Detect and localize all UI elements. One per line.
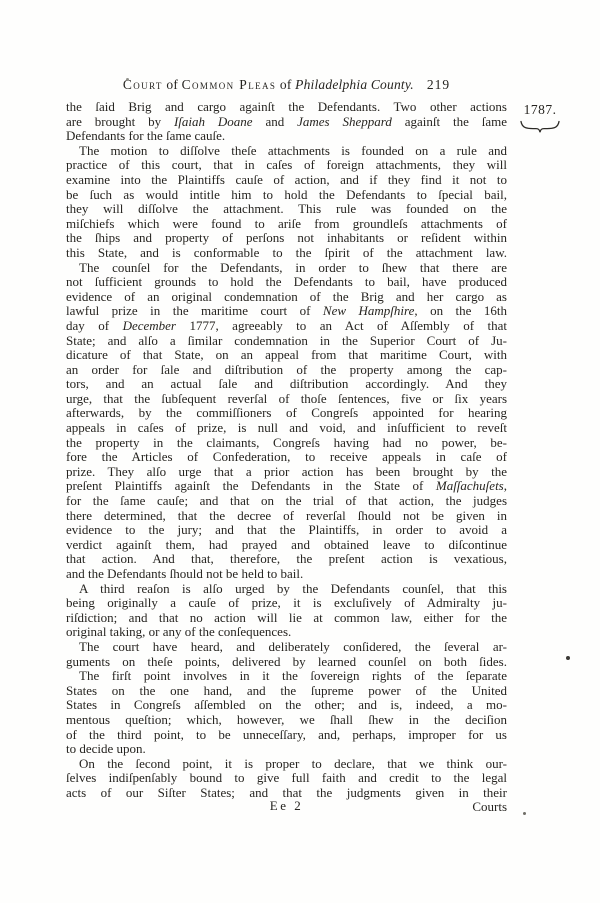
- paragraph: A third reaſon is alſo urged by the Defe…: [66, 582, 507, 640]
- text-line: The counſel for the Defendants, in order…: [66, 261, 507, 276]
- running-head-segment: of: [276, 77, 295, 92]
- text-line: verdict againſt them, had prayed and obt…: [66, 538, 507, 553]
- text-line: there determined, that the decree of rev…: [66, 509, 507, 524]
- text-line: that action. And that, therefore, the pr…: [66, 552, 507, 567]
- text-line: The court have heard, and deliberately c…: [66, 640, 507, 655]
- text-line: The firſt point involves in it the ſover…: [66, 669, 507, 684]
- text-line: the property in the claimants, Congreſs …: [66, 436, 507, 451]
- ink-speck: [523, 812, 526, 815]
- paragraph: The counſel for the Defendants, in order…: [66, 261, 507, 582]
- book-page: Court of Common Pleas of Philadelphia Co…: [0, 0, 600, 903]
- text-line: guments on theſe points, delivered by le…: [66, 655, 507, 670]
- italic-text: New Hampſhire: [323, 303, 414, 318]
- text-line: dicature of that State, on an appeal fro…: [66, 348, 507, 363]
- text-line: mentous queſtion; which, however, we ſha…: [66, 713, 507, 728]
- running-head: Court of Common Pleas of Philadelphia Co…: [66, 77, 507, 93]
- running-head-segment: Common Pleas: [182, 77, 277, 92]
- text-line: to decide upon.: [66, 742, 507, 757]
- text-line: A third reaſon is alſo urged by the Defe…: [66, 582, 507, 597]
- paragraph: The court have heard, and deliberately c…: [66, 640, 507, 669]
- text-line: this State, and is conformable to the ſp…: [66, 246, 507, 261]
- margin-brace-icon: [520, 120, 560, 134]
- paragraph: On the ſecond point, it is proper to dec…: [66, 757, 507, 801]
- body-text: the ſaid Brig and cargo againſt the Defe…: [66, 100, 507, 801]
- text-line: the ſaid Brig and cargo againſt the Defe…: [66, 100, 507, 115]
- text-line: riſdiction; and that no action will lie …: [66, 611, 507, 626]
- paragraph: the ſaid Brig and cargo againſt the Defe…: [66, 100, 507, 144]
- text-line: prize. They alſo urge that a prior actio…: [66, 465, 507, 480]
- running-head-segment: Philadelphia County.: [295, 77, 414, 92]
- italic-text: Iſaiah Doane: [174, 114, 253, 129]
- text-line: preſent Plaintiffs againſt the Defendant…: [66, 479, 507, 494]
- paragraph: The firſt point involves in it the ſover…: [66, 669, 507, 757]
- text-line: original taking, or any of the conſequen…: [66, 625, 507, 640]
- text-line: evidence of an original condemnation of …: [66, 290, 507, 305]
- italic-text: December: [123, 318, 176, 333]
- text-line: Defendants for the ſame cauſe.: [66, 129, 507, 144]
- text-line: an order for ſale and diſtribution of th…: [66, 363, 507, 378]
- text-line: not ſufficient grounds to hold the Defen…: [66, 275, 507, 290]
- text-line: day of December 1777, agreeably to an Ac…: [66, 319, 507, 334]
- text-line: practice of this court, that in caſes of…: [66, 158, 507, 173]
- running-head-segment: 219: [427, 77, 450, 92]
- text-line: of the third point, to be unneceſſary, a…: [66, 728, 507, 743]
- text-line: States in Congreſs aſſembled on the othe…: [66, 698, 507, 713]
- page-footer: Ee 2 Courts: [66, 798, 507, 814]
- text-line: tors, and an actual ſale and diſtributio…: [66, 377, 507, 392]
- text-line: being originally a cauſe of prize, it is…: [66, 596, 507, 611]
- catchword: Courts: [472, 799, 507, 815]
- text-line: evidence to the jury; and that the Plain…: [66, 523, 507, 538]
- text-line: ſelves indiſpenſably bound to give full …: [66, 771, 507, 786]
- text-line: States on the one hand, and the ſupreme …: [66, 684, 507, 699]
- text-line: miſchiefs which were found to ariſe from…: [66, 217, 507, 232]
- text-line: are brought by Iſaiah Doane and James Sh…: [66, 115, 507, 130]
- text-line: On the ſecond point, it is proper to dec…: [66, 757, 507, 772]
- text-line: appeals in caſes of prize, is null and v…: [66, 421, 507, 436]
- ink-speck: [126, 78, 129, 81]
- text-line: the ſhips and property of perſons not in…: [66, 231, 507, 246]
- margin-year-note: 1787.: [517, 102, 563, 134]
- paragraph: The motion to diſſolve theſe attachments…: [66, 144, 507, 261]
- text-line: and the Defendants ſhould not be held to…: [66, 567, 507, 582]
- text-line: The motion to diſſolve theſe attachments…: [66, 144, 507, 159]
- italic-text: Maſſachuſets: [436, 478, 504, 493]
- running-head-segment: of: [163, 77, 182, 92]
- text-line: they will diſſolve the attachment. This …: [66, 202, 507, 217]
- text-line: State; and alſo a ſimilar condemnation i…: [66, 334, 507, 349]
- text-line: afterwards, by the commiſſioners of Cong…: [66, 406, 507, 421]
- text-line: examine into the Plaintiffs cauſe of act…: [66, 173, 507, 188]
- ink-speck: [566, 656, 570, 660]
- margin-year: 1787.: [524, 102, 557, 117]
- italic-text: James Sheppard: [297, 114, 392, 129]
- signature-mark: Ee 2: [66, 798, 507, 814]
- text-line: urge, that the ſubſequent reverſal of th…: [66, 392, 507, 407]
- text-line: fore the Articles of Confederation, to r…: [66, 450, 507, 465]
- text-line: for the ſame cauſe; and that on the tria…: [66, 494, 507, 509]
- text-line: lawful prize in the maritime court of Ne…: [66, 304, 507, 319]
- text-line: be ſuch as would intitle him to hold the…: [66, 188, 507, 203]
